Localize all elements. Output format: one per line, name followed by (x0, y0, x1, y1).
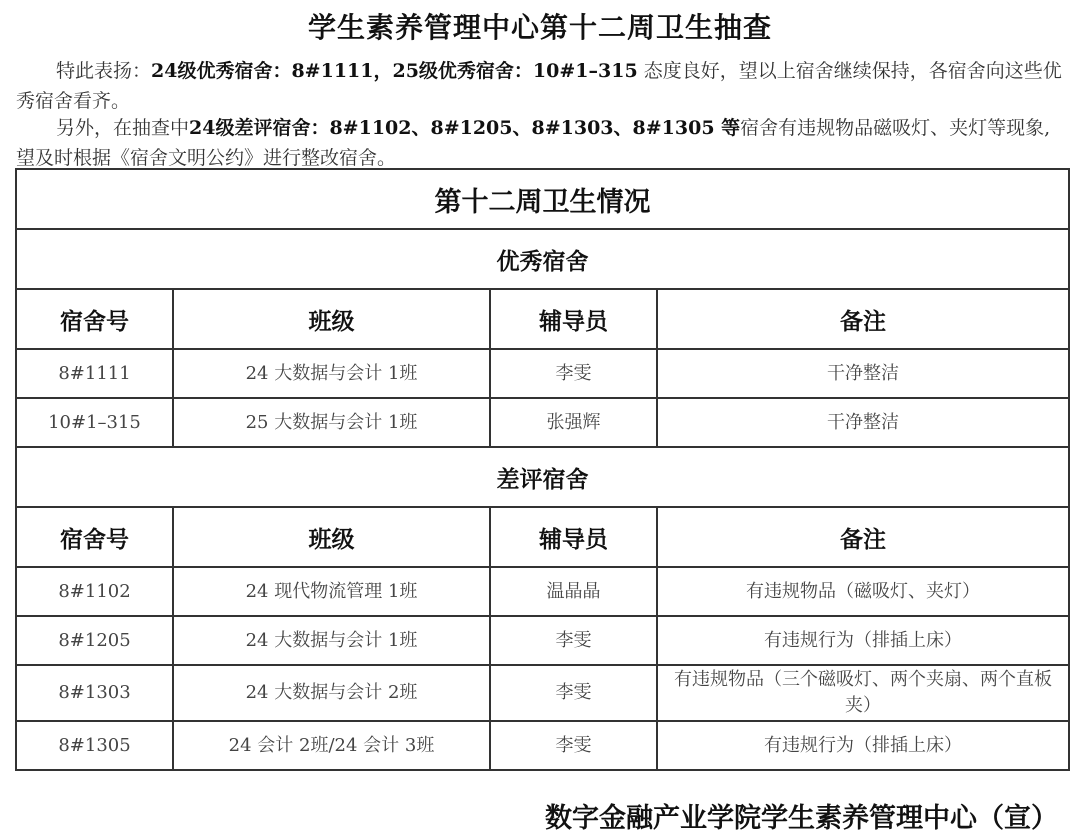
table-row: 10#1–315 25 大数据与会计 1班 张强辉 干净整洁 (16, 398, 1069, 447)
section-excellent: 优秀宿舍 (16, 229, 1069, 289)
cell-room: 8#1205 (16, 616, 173, 665)
cell-note: 有违规物品（三个磁吸灯、两个夹扇、两个直板夹） (657, 665, 1069, 721)
cell-class: 24 大数据与会计 1班 (173, 616, 490, 665)
table-title: 第十二周卫生情况 (16, 169, 1069, 229)
criticism-paragraph: 另外，在抽查中24级差评宿舍：8#1102、8#1205、8#1303、8#13… (16, 113, 1068, 173)
col-note: 备注 (657, 507, 1069, 567)
table-row: 8#1102 24 现代物流管理 1班 温晶晶 有违规物品（磁吸灯、夹灯） (16, 567, 1069, 616)
cell-class: 25 大数据与会计 1班 (173, 398, 490, 447)
table-header-row: 宿舍号 班级 辅导员 备注 (16, 289, 1069, 349)
cell-note: 有违规行为（排插上床） (657, 721, 1069, 770)
cell-class: 24 现代物流管理 1班 (173, 567, 490, 616)
commendation-paragraph: 特此表扬：24级优秀宿舍：8#1111，25级优秀宿舍：10#1–315 态度良… (16, 56, 1068, 116)
col-class: 班级 (173, 507, 490, 567)
table-row: 8#1305 24 会计 2班/24 会计 3班 李雯 有违规行为（排插上床） (16, 721, 1069, 770)
col-class: 班级 (173, 289, 490, 349)
cell-note: 有违规物品（磁吸灯、夹灯） (657, 567, 1069, 616)
issuer-signature: 数字金融产业学院学生素养管理中心（宣） (545, 796, 1058, 835)
cell-class: 24 大数据与会计 2班 (173, 665, 490, 721)
col-counselor: 辅导员 (490, 289, 657, 349)
cell-class: 24 会计 2班/24 会计 3班 (173, 721, 490, 770)
cell-note: 干净整洁 (657, 398, 1069, 447)
poor-dorms-highlight: 24级差评宿舍：8#1102、8#1205、8#1303、8#1305 等 (189, 117, 740, 139)
commendation-lead: 特此表扬： (56, 60, 151, 82)
cell-note: 有违规行为（排插上床） (657, 616, 1069, 665)
hygiene-table: 第十二周卫生情况 优秀宿舍 宿舍号 班级 辅导员 备注 8#1111 24 大数… (15, 168, 1070, 771)
cell-counselor: 李雯 (490, 616, 657, 665)
cell-counselor: 温晶晶 (490, 567, 657, 616)
cell-note: 干净整洁 (657, 349, 1069, 398)
cell-class: 24 大数据与会计 1班 (173, 349, 490, 398)
table-row: 8#1303 24 大数据与会计 2班 李雯 有违规物品（三个磁吸灯、两个夹扇、… (16, 665, 1069, 721)
cell-counselor: 张强辉 (490, 398, 657, 447)
cell-room: 8#1303 (16, 665, 173, 721)
cell-room: 8#1102 (16, 567, 173, 616)
table-header-row: 宿舍号 班级 辅导员 备注 (16, 507, 1069, 567)
excellent-dorms-highlight: 24级优秀宿舍：8#1111，25级优秀宿舍：10#1–315 (151, 60, 638, 82)
table-row: 8#1111 24 大数据与会计 1班 李雯 干净整洁 (16, 349, 1069, 398)
cell-room: 10#1–315 (16, 398, 173, 447)
criticism-lead: 另外，在抽查中 (56, 117, 189, 139)
section-poor: 差评宿舍 (16, 447, 1069, 507)
cell-counselor: 李雯 (490, 721, 657, 770)
cell-counselor: 李雯 (490, 665, 657, 721)
col-room: 宿舍号 (16, 507, 173, 567)
cell-room: 8#1111 (16, 349, 173, 398)
cell-room: 8#1305 (16, 721, 173, 770)
col-note: 备注 (657, 289, 1069, 349)
document-title: 学生素养管理中心第十二周卫生抽查 (0, 6, 1080, 46)
col-counselor: 辅导员 (490, 507, 657, 567)
cell-counselor: 李雯 (490, 349, 657, 398)
table-row: 8#1205 24 大数据与会计 1班 李雯 有违规行为（排插上床） (16, 616, 1069, 665)
col-room: 宿舍号 (16, 289, 173, 349)
